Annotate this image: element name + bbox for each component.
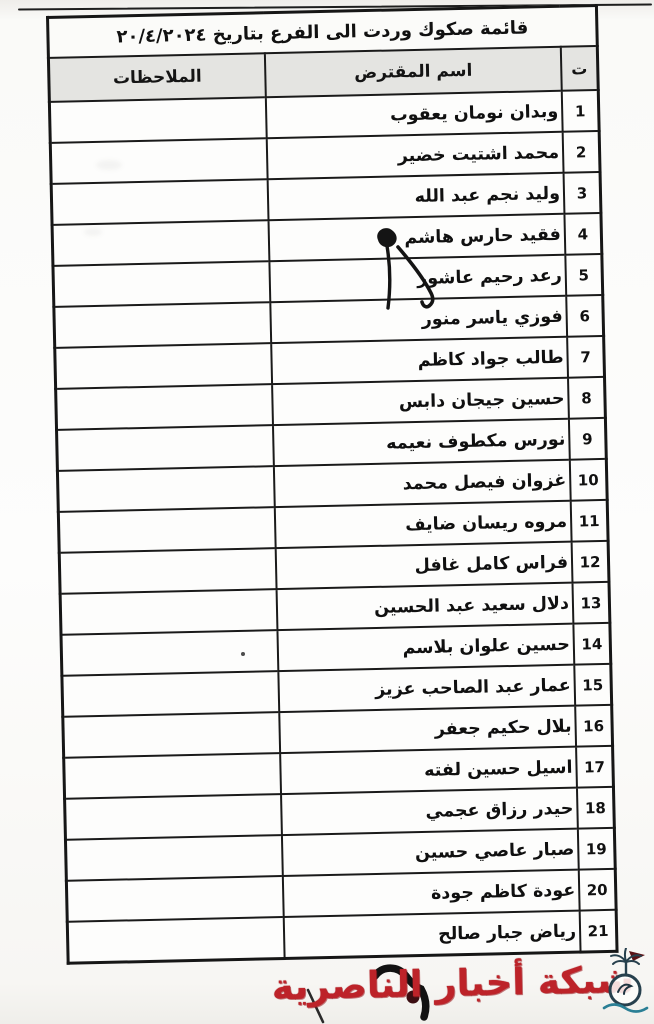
news-network-watermark: شبكة أخبار الناصرية	[317, 951, 634, 1020]
row-notes-empty	[65, 794, 282, 840]
row-borrower-name: فوزي ياسر منور	[270, 296, 567, 343]
row-notes-empty	[67, 917, 284, 963]
row-borrower-name: حسين علوان بلاسم	[277, 624, 574, 671]
scan-speck	[241, 652, 245, 656]
row-borrower-name: حيدر رزاق عجمي	[281, 788, 578, 835]
row-notes-empty	[53, 261, 270, 307]
row-notes-empty	[61, 630, 278, 676]
row-borrower-name: عودة كاظم جودة	[283, 870, 580, 917]
row-borrower-name: وليد نجم عبد الله	[268, 173, 565, 220]
row-serial-number: 1	[562, 90, 599, 132]
row-serial-number: 8	[568, 377, 605, 419]
column-header-serial: ت	[561, 46, 598, 91]
row-notes-empty	[56, 384, 273, 430]
row-borrower-name: عمار عبد الصاحب عزيز	[278, 665, 575, 712]
row-borrower-name: اسيل حسين لفته	[280, 747, 577, 794]
row-serial-number: 10	[570, 459, 607, 501]
row-notes-empty	[58, 507, 275, 553]
row-borrower-name: رياض جبار صالح	[284, 911, 581, 959]
row-serial-number: 16	[575, 705, 612, 747]
row-serial-number: 3	[564, 172, 601, 214]
row-notes-empty	[59, 548, 276, 594]
column-header-borrower-name: اسم المقترض	[265, 47, 562, 97]
column-header-notes: الملاحظات	[48, 53, 265, 102]
row-notes-empty	[66, 876, 283, 922]
row-borrower-name: مروه ريسان ضايف	[275, 501, 572, 548]
row-notes-empty	[64, 753, 281, 799]
row-borrower-name: صبار عاصي حسين	[282, 829, 579, 876]
document-sheet: قائمة صكوك وردت الى الفرع بتاريخ ٢٠/٤/٢٠…	[46, 4, 619, 965]
row-notes-empty	[60, 589, 277, 635]
row-serial-number: 19	[578, 828, 615, 870]
row-serial-number: 20	[579, 869, 616, 911]
row-borrower-name: فراس كامل غافل	[276, 542, 573, 589]
table-head: قائمة صكوك وردت الى الفرع بتاريخ ٢٠/٤/٢٠…	[48, 5, 599, 101]
table-body: 1 وبدان نومان يعقوب 2 محمد اشتيت خضير 3 …	[49, 90, 617, 963]
row-serial-number: 12	[572, 541, 609, 583]
row-borrower-name: رعد رحيم عاشور	[269, 255, 566, 302]
row-notes-empty	[63, 712, 280, 758]
row-borrower-name: بلال حكيم جعفر	[279, 706, 576, 753]
row-notes-empty	[65, 835, 282, 881]
row-serial-number: 6	[566, 295, 603, 337]
row-borrower-name: نورس مكطوف نعيمه	[273, 419, 570, 466]
row-serial-number: 7	[567, 336, 604, 378]
row-notes-empty	[62, 671, 279, 717]
row-serial-number: 21	[580, 910, 617, 952]
row-serial-number: 13	[572, 582, 609, 624]
row-notes-empty	[52, 220, 269, 266]
row-notes-empty	[57, 425, 274, 471]
scanned-document-page: قائمة صكوك وردت الى الفرع بتاريخ ٢٠/٤/٢٠…	[0, 0, 654, 1024]
row-borrower-name: حسين جيجان دابس	[272, 378, 569, 425]
row-serial-number: 11	[571, 500, 608, 542]
row-borrower-name: غزوان فيصل محمد	[274, 460, 571, 507]
palm-emblem-logo-icon	[596, 948, 652, 1022]
row-notes-empty	[50, 138, 267, 184]
row-notes-empty	[57, 466, 274, 512]
row-serial-number: 18	[577, 787, 614, 829]
row-serial-number: 17	[576, 746, 613, 788]
row-notes-empty	[55, 343, 272, 389]
row-serial-number: 15	[574, 664, 611, 706]
row-notes-empty	[49, 97, 266, 143]
row-serial-number: 9	[569, 418, 606, 460]
row-borrower-name: طالب جواد كاظم	[271, 337, 568, 384]
row-borrower-name: وبدان نومان يعقوب	[266, 91, 563, 138]
row-notes-empty	[54, 302, 271, 348]
row-borrower-name: دلال سعيد عبد الحسين	[277, 583, 574, 630]
row-notes-empty	[51, 179, 268, 225]
row-serial-number: 5	[565, 254, 602, 296]
row-borrower-name: فقيد حارس هاشم	[269, 214, 566, 261]
row-serial-number: 4	[564, 213, 601, 255]
row-serial-number: 2	[563, 131, 600, 173]
row-serial-number: 14	[573, 623, 610, 665]
row-borrower-name: محمد اشتيت خضير	[267, 132, 564, 179]
cheques-table: قائمة صكوك وردت الى الفرع بتاريخ ٢٠/٤/٢٠…	[46, 4, 619, 965]
